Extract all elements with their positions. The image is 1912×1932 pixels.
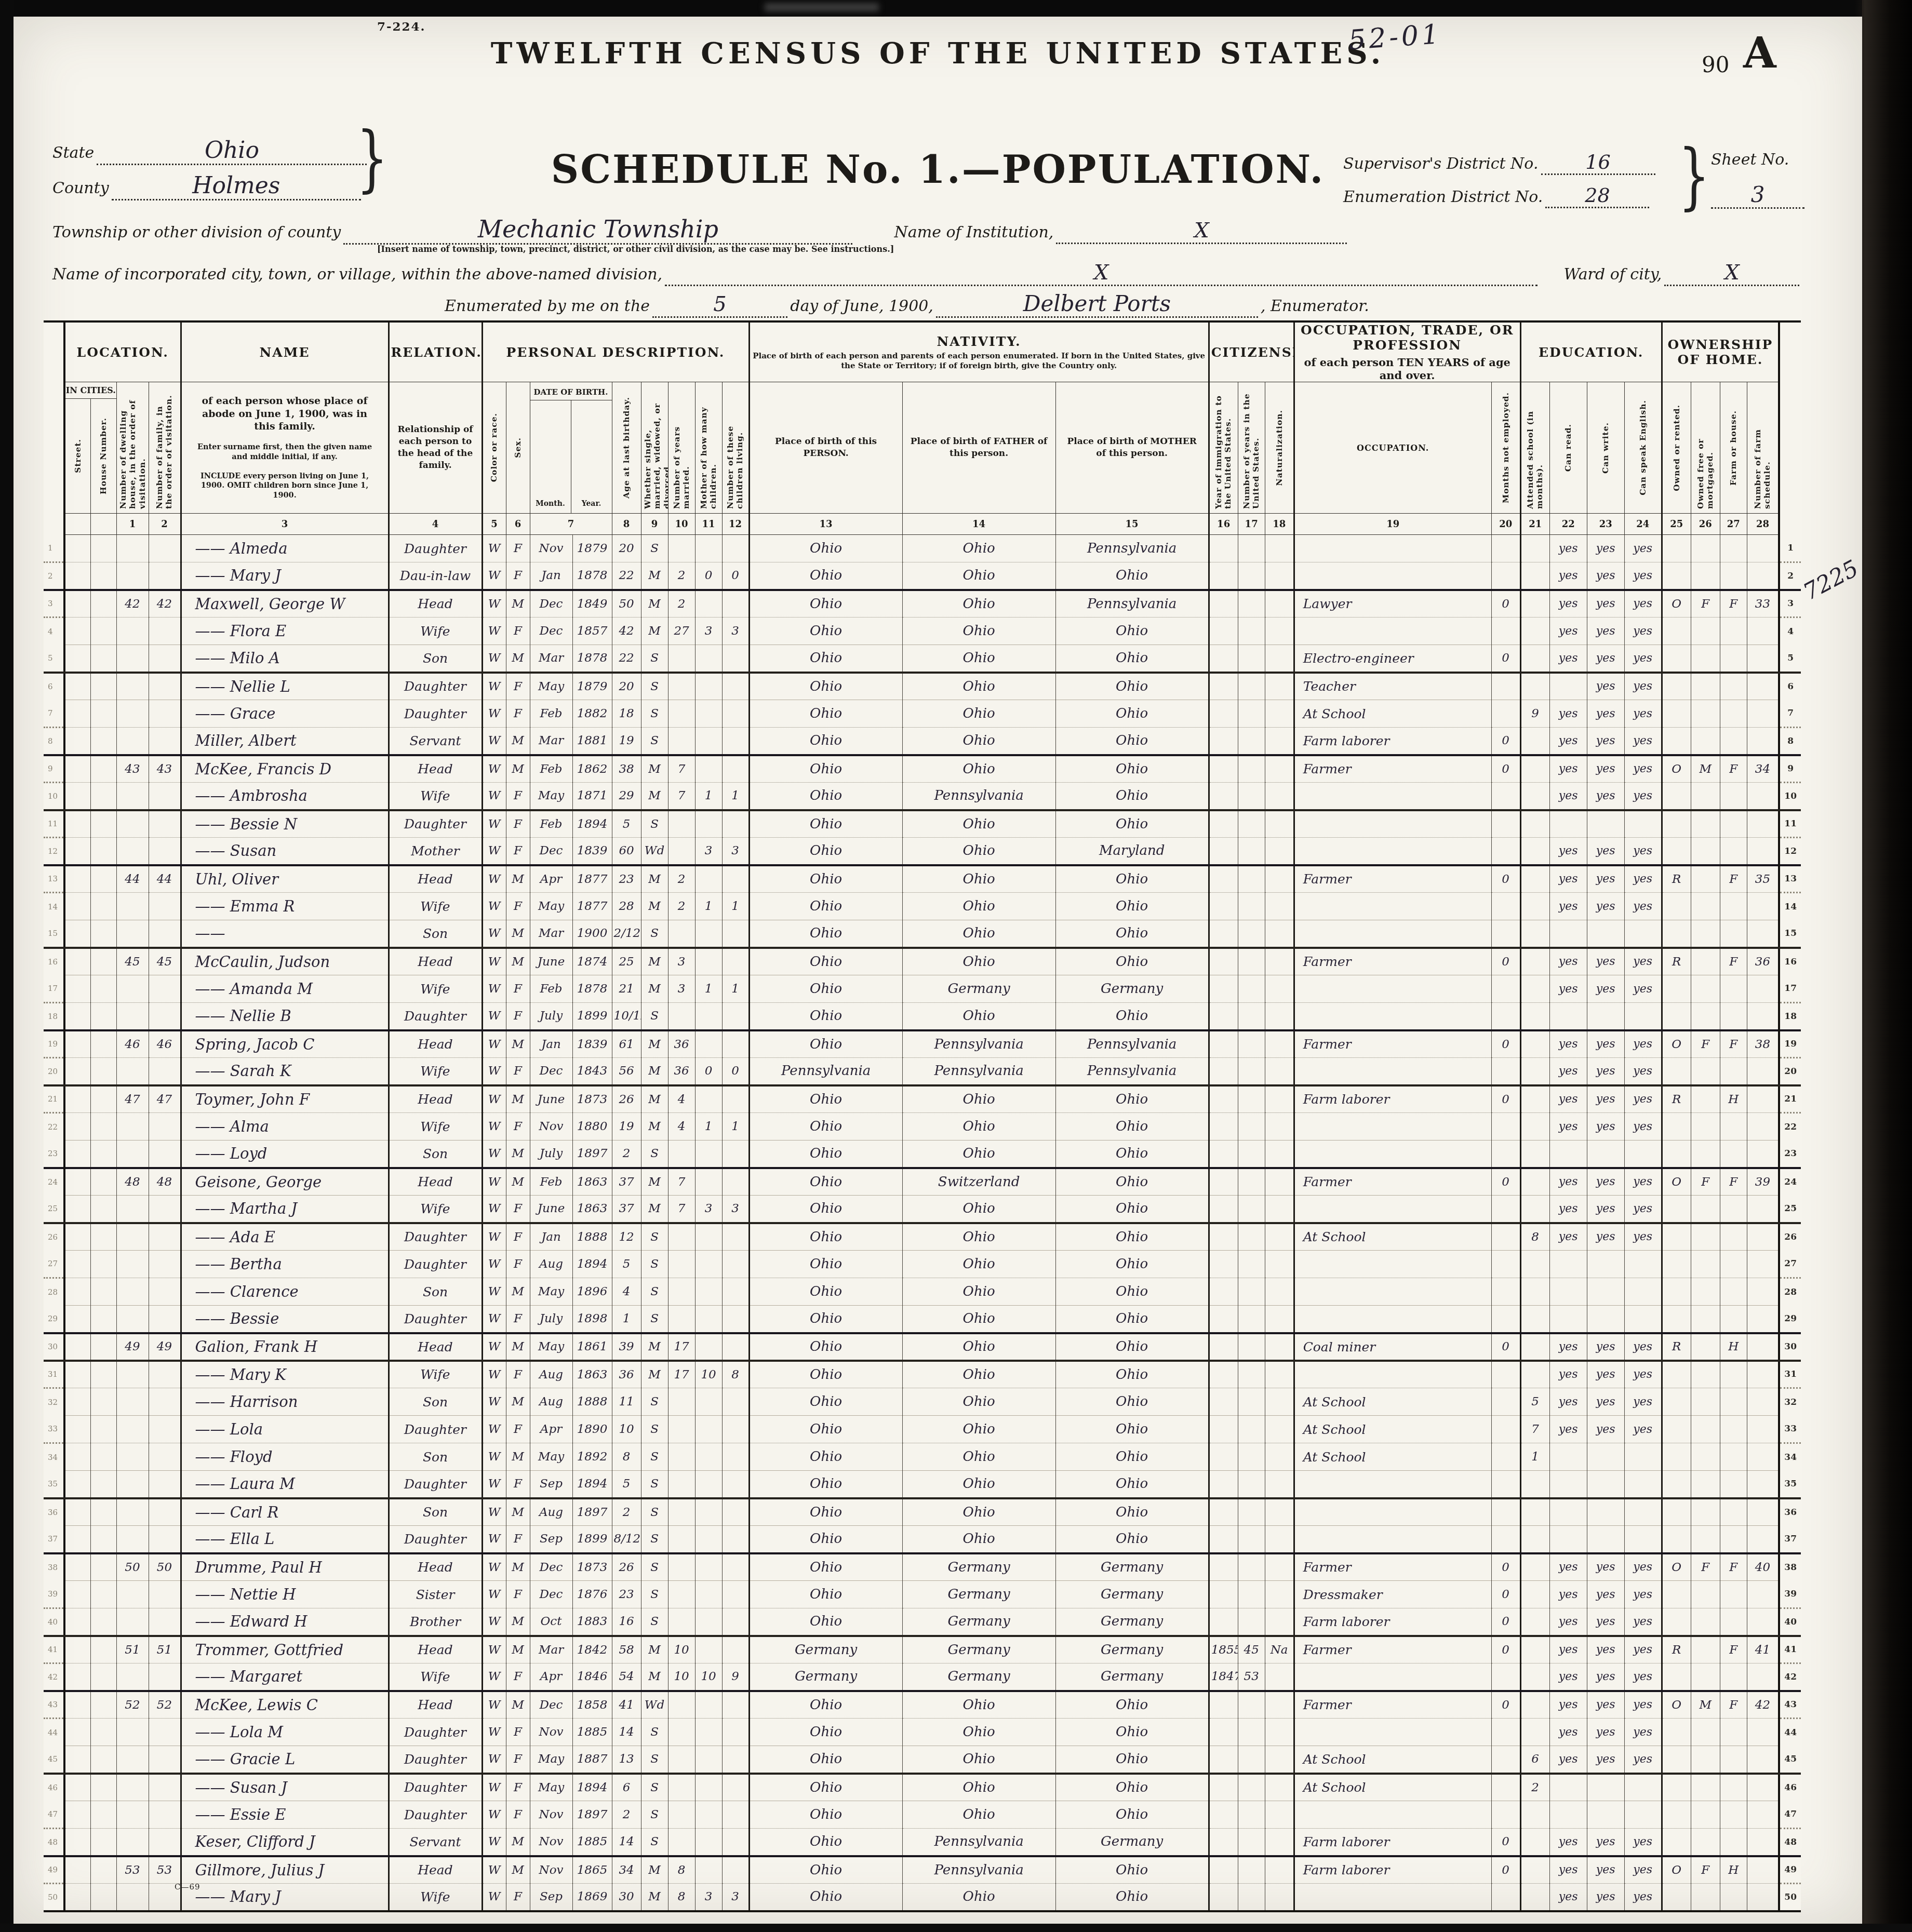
cell-birthplace-person: Pennsylvania (749, 1058, 902, 1085)
cell-birth-year: 1873 (572, 1553, 612, 1581)
cell-occupation (1294, 1471, 1491, 1498)
line-number-right: 47 (1779, 1801, 1801, 1829)
cell-mother-of-children (695, 755, 722, 783)
cell-can-read (1549, 1443, 1587, 1471)
cell-family-number (149, 1526, 181, 1553)
cell-house-number (90, 1085, 116, 1113)
cell-owned-free-or-mortgaged: F (1691, 1168, 1720, 1196)
cell-can-write: yes (1587, 1223, 1624, 1251)
cell-years-married (668, 1251, 695, 1278)
cell-birth-year: 1873 (572, 1085, 612, 1113)
line-number-right: 19 (1779, 1030, 1801, 1058)
cell-owned-or-rented (1662, 1196, 1691, 1223)
table-row: 164545McCaulin, JudsonHeadWMJune187425M3… (44, 948, 1801, 975)
cell-owned-free-or-mortgaged (1691, 562, 1720, 590)
cell-can-read (1549, 1306, 1587, 1333)
cell-birthplace-mother: Ohio (1055, 1333, 1209, 1361)
cell-marital-status: S (641, 1774, 668, 1801)
cell-owned-or-rented: R (1662, 948, 1691, 975)
cell-years-married: 17 (668, 1333, 695, 1361)
table-row: 36—— Carl RSonWMAug18972SOhioOhioOhio36 (44, 1498, 1801, 1526)
header-years-married: Number of years married. (672, 386, 691, 509)
cell-owned-free-or-mortgaged (1691, 1746, 1720, 1774)
cell-name: —— Margaret (181, 1663, 389, 1691)
table-row: 17—— Amanda MWifeWFFeb187821M311OhioGerm… (44, 975, 1801, 1003)
cell-marital-status: S (641, 810, 668, 838)
cell-birthplace-father: Germany (902, 1608, 1055, 1636)
cell-owned-or-rented (1662, 838, 1691, 865)
cell-birthplace-father: Ohio (902, 1388, 1055, 1416)
cell-owned-or-rented (1662, 1058, 1691, 1085)
line-number-right: 48 (1779, 1829, 1801, 1856)
cell-family-number (149, 1361, 181, 1388)
cell-mother-of-children (695, 1471, 722, 1498)
cell-can-read: yes (1549, 975, 1587, 1003)
cell-birth-year: 1888 (572, 1223, 612, 1251)
cell-owned-or-rented (1662, 1774, 1691, 1801)
cell-house-number (90, 1278, 116, 1306)
cell-occupation: At School (1294, 1223, 1491, 1251)
cell-years-married (668, 1608, 695, 1636)
cell-attended-school (1520, 1333, 1549, 1361)
cell-attended-school (1520, 755, 1549, 783)
cell-marital-status: S (641, 920, 668, 948)
cell-can-speak-english: yes (1624, 1085, 1662, 1113)
header-owned-free: Owned free or mortgaged. (1696, 386, 1715, 509)
cell-family-number (149, 1113, 181, 1141)
cell-sex: M (506, 1443, 530, 1471)
cell-marital-status: M (641, 1196, 668, 1223)
cell-mother-of-children: 3 (695, 838, 722, 865)
cell-can-read: yes (1549, 1085, 1587, 1113)
cell-street (64, 1443, 90, 1471)
cell-owned-free-or-mortgaged (1691, 1608, 1720, 1636)
cell-children-living (722, 645, 749, 673)
cell-immigration-year (1209, 838, 1238, 865)
cell-street (64, 1774, 90, 1801)
cell-naturalization (1265, 1085, 1294, 1113)
cell-relation: Son (389, 1498, 482, 1526)
cell-attended-school (1520, 1168, 1549, 1196)
cell-can-read: yes (1549, 1746, 1587, 1774)
cell-sex: M (506, 645, 530, 673)
table-row: 11—— Bessie NDaughterWFFeb18945SOhioOhio… (44, 810, 1801, 838)
cell-years-married (668, 1141, 695, 1168)
cell-attended-school (1520, 1719, 1549, 1746)
cell-birthplace-mother: Ohio (1055, 673, 1209, 700)
cell-family-number (149, 975, 181, 1003)
cell-relation: Son (389, 645, 482, 673)
cell-birth-year: 1843 (572, 1058, 612, 1085)
cell-birthplace-mother: Ohio (1055, 1856, 1209, 1884)
line-number-right: 33 (1779, 1416, 1801, 1443)
cell-birthplace-person: Ohio (749, 1416, 902, 1443)
cell-birthplace-father: Ohio (902, 590, 1055, 618)
cell-months-not-employed: 0 (1491, 1168, 1520, 1196)
cell-birth-month: Aug (530, 1361, 572, 1388)
cell-birthplace-person: Ohio (749, 1884, 902, 1911)
cell-street (64, 1306, 90, 1333)
cell-farm-or-house (1720, 700, 1747, 728)
cell-months-not-employed (1491, 1306, 1520, 1333)
cell-immigration-year (1209, 1306, 1238, 1333)
cell-naturalization: Na (1265, 1636, 1294, 1663)
township-label: Township or other division of county (52, 223, 341, 242)
cell-attended-school (1520, 1306, 1549, 1333)
cell-mother-of-children: 1 (695, 893, 722, 920)
cell-attended-school: 6 (1520, 1746, 1549, 1774)
cell-birthplace-person: Ohio (749, 1085, 902, 1113)
line-number-left: 20 (44, 1058, 64, 1085)
cell-name: —— Bertha (181, 1251, 389, 1278)
cell-immigration-year (1209, 1251, 1238, 1278)
cell-children-living (722, 1498, 749, 1526)
cell-owned-free-or-mortgaged (1691, 1719, 1720, 1746)
cell-attended-school (1520, 1030, 1549, 1058)
cell-can-write: yes (1587, 1085, 1624, 1113)
cell-family-number (149, 645, 181, 673)
line-number-left: 19 (44, 1030, 64, 1058)
cell-farm-schedule (1747, 1003, 1779, 1030)
line-number-right: 29 (1779, 1306, 1801, 1333)
cell-mother-of-children: 3 (695, 1196, 722, 1223)
cell-mother-of-children: 1 (695, 783, 722, 810)
cell-farm-or-house (1720, 1719, 1747, 1746)
cell-months-not-employed (1491, 1498, 1520, 1526)
cell-birthplace-father: Ohio (902, 1003, 1055, 1030)
cell-birth-month: Mar (530, 728, 572, 755)
cell-dwelling-number (116, 893, 149, 920)
cell-years-married (668, 1719, 695, 1746)
cell-years-in-us (1238, 1801, 1265, 1829)
cell-attended-school (1520, 1581, 1549, 1608)
cell-can-speak-english: yes (1624, 1553, 1662, 1581)
table-row: 22—— AlmaWifeWFNov188019M411OhioOhioOhio… (44, 1113, 1801, 1141)
cell-attended-school (1520, 1498, 1549, 1526)
cell-family-number (149, 700, 181, 728)
cell-birth-month: Mar (530, 1636, 572, 1663)
group-personal: PERSONAL DESCRIPTION. (482, 321, 749, 382)
cell-farm-or-house (1720, 1416, 1747, 1443)
cell-months-not-employed (1491, 1113, 1520, 1141)
cell-children-living: 1 (722, 975, 749, 1003)
header-naturalization: Naturalization. (1275, 410, 1284, 486)
cell-relation: Daughter (389, 1416, 482, 1443)
cell-sex: F (506, 783, 530, 810)
cell-relation: Brother (389, 1608, 482, 1636)
cell-attended-school (1520, 1884, 1549, 1911)
cell-mother-of-children (695, 1085, 722, 1113)
cell-years-in-us (1238, 562, 1265, 590)
cell-age: 50 (612, 590, 641, 618)
cell-marital-status: S (641, 673, 668, 700)
table-row: 32—— HarrisonSonWMAug188811SOhioOhioOhio… (44, 1388, 1801, 1416)
cell-years-married (668, 1223, 695, 1251)
table-row: 27—— BerthaDaughterWFAug18945SOhioOhioOh… (44, 1251, 1801, 1278)
cell-color: W (482, 562, 506, 590)
cell-can-read: yes (1549, 1058, 1587, 1085)
cell-occupation (1294, 1719, 1491, 1746)
cell-children-living (722, 700, 749, 728)
cell-immigration-year (1209, 1471, 1238, 1498)
cell-farm-or-house (1720, 535, 1747, 562)
cell-months-not-employed: 0 (1491, 865, 1520, 893)
cell-can-write (1587, 1526, 1624, 1553)
header-occupation: OCCUPATION. (1294, 382, 1491, 514)
cell-sex: F (506, 1884, 530, 1911)
cell-street (64, 838, 90, 865)
cell-house-number (90, 562, 116, 590)
cell-birth-year: 1894 (572, 810, 612, 838)
line-number-left: 7 (44, 700, 64, 728)
cell-occupation (1294, 1251, 1491, 1278)
cell-sex: F (506, 1361, 530, 1388)
cell-owned-or-rented (1662, 1443, 1691, 1471)
cell-attended-school: 1 (1520, 1443, 1549, 1471)
cell-farm-schedule (1747, 1663, 1779, 1691)
cell-birth-month: June (530, 1085, 572, 1113)
cell-mother-of-children: 1 (695, 975, 722, 1003)
cell-color: W (482, 1526, 506, 1553)
column-numbers-row: 12 3 4 56 7 8910 1112 131415 161718 1920… (44, 514, 1801, 535)
cell-immigration-year (1209, 1801, 1238, 1829)
cell-name: —— Clarence (181, 1278, 389, 1306)
cell-can-write: yes (1587, 1719, 1624, 1746)
cell-can-speak-english: yes (1624, 838, 1662, 865)
cell-birth-month: Jan (530, 1030, 572, 1058)
cell-farm-or-house (1720, 1003, 1747, 1030)
cell-relation: Wife (389, 975, 482, 1003)
cell-years-in-us (1238, 1141, 1265, 1168)
township-value: Mechanic Township (343, 215, 852, 245)
cell-mother-of-children: 10 (695, 1663, 722, 1691)
cell-street (64, 1416, 90, 1443)
cell-occupation (1294, 1141, 1491, 1168)
cell-sex: F (506, 1306, 530, 1333)
cell-naturalization (1265, 1553, 1294, 1581)
cell-family-number (149, 1801, 181, 1829)
cell-birth-year: 1896 (572, 1278, 612, 1306)
cell-marital-status: M (641, 1085, 668, 1113)
cell-family-number: 44 (149, 865, 181, 893)
cell-age: 37 (612, 1196, 641, 1223)
cell-sex: M (506, 1856, 530, 1884)
cell-can-read: yes (1549, 1113, 1587, 1141)
cell-name: —— Carl R (181, 1498, 389, 1526)
cell-mother-of-children (695, 1719, 722, 1746)
cell-marital-status: M (641, 590, 668, 618)
cell-relation: Daughter (389, 1746, 482, 1774)
cell-birth-month: May (530, 1278, 572, 1306)
line-number-right: 41 (1779, 1636, 1801, 1663)
cell-color: W (482, 1085, 506, 1113)
cell-farm-or-house: F (1720, 1168, 1747, 1196)
cell-naturalization (1265, 1278, 1294, 1306)
table-row: 23—— LoydSonWMJuly18972SOhioOhioOhio23 (44, 1141, 1801, 1168)
cell-years-married (668, 673, 695, 700)
cell-children-living (722, 1085, 749, 1113)
cell-naturalization (1265, 535, 1294, 562)
cell-immigration-year (1209, 590, 1238, 618)
cell-age: 10/12 (612, 1003, 641, 1030)
cell-farm-or-house: F (1720, 1636, 1747, 1663)
cell-birthplace-father: Ohio (902, 865, 1055, 893)
cell-birthplace-father: Ohio (902, 1306, 1055, 1333)
group-location: LOCATION. (64, 321, 181, 382)
cell-immigration-year (1209, 1774, 1238, 1801)
cell-dwelling-number: 43 (116, 755, 149, 783)
group-citizenship: CITIZENSHIP. (1209, 321, 1294, 382)
cell-street (64, 1388, 90, 1416)
cell-birthplace-father: Ohio (902, 535, 1055, 562)
cell-years-married (668, 1388, 695, 1416)
cell-years-married: 8 (668, 1884, 695, 1911)
line-number-right: 17 (1779, 975, 1801, 1003)
cell-mother-of-children (695, 1746, 722, 1774)
census-table: LOCATION. NAME RELATION. PERSONAL DESCRI… (44, 320, 1801, 1912)
cell-house-number (90, 865, 116, 893)
cell-years-in-us (1238, 810, 1265, 838)
cell-years-married (668, 1526, 695, 1553)
cell-children-living: 1 (722, 893, 749, 920)
cell-dwelling-number (116, 1471, 149, 1498)
cell-birthplace-mother: Ohio (1055, 1361, 1209, 1388)
cell-birth-month: Aug (530, 1498, 572, 1526)
cell-name: —— Ella L (181, 1526, 389, 1553)
enumeration-value: 28 (1545, 184, 1649, 208)
cell-family-number: 43 (149, 755, 181, 783)
cell-house-number (90, 1663, 116, 1691)
line-number-right: 7 (1779, 700, 1801, 728)
cell-dwelling-number (116, 1223, 149, 1251)
cell-years-married: 10 (668, 1636, 695, 1663)
cell-birth-month: Dec (530, 1581, 572, 1608)
cell-owned-or-rented: R (1662, 1085, 1691, 1113)
cell-months-not-employed (1491, 673, 1520, 700)
cell-age: 14 (612, 1719, 641, 1746)
line-number-left: 47 (44, 1801, 64, 1829)
group-education: EDUCATION. (1520, 321, 1662, 382)
table-row: 415151Trommer, GottfriedHeadWMMar184258M… (44, 1636, 1801, 1663)
cell-farm-or-house (1720, 920, 1747, 948)
cell-farm-or-house: F (1720, 1553, 1747, 1581)
cell-years-in-us (1238, 1003, 1265, 1030)
cell-years-in-us (1238, 1278, 1265, 1306)
cell-years-in-us: 53 (1238, 1663, 1265, 1691)
cell-immigration-year (1209, 700, 1238, 728)
cell-street (64, 1884, 90, 1911)
table-row: 8Miller, AlbertServantWMMar188119SOhioOh… (44, 728, 1801, 755)
cell-marital-status: M (641, 1030, 668, 1058)
cell-immigration-year (1209, 1719, 1238, 1746)
cell-children-living (722, 1636, 749, 1663)
cell-owned-free-or-mortgaged (1691, 700, 1720, 728)
cell-color: W (482, 1113, 506, 1141)
cell-can-speak-english: yes (1624, 1361, 1662, 1388)
cell-immigration-year (1209, 1856, 1238, 1884)
cell-birthplace-father: Ohio (902, 673, 1055, 700)
cell-age: 16 (612, 1608, 641, 1636)
cell-birthplace-mother: Pennsylvania (1055, 1030, 1209, 1058)
cell-dwelling-number (116, 810, 149, 838)
cell-birthplace-father: Pennsylvania (902, 1856, 1055, 1884)
cell-marital-status: M (641, 893, 668, 920)
cell-house-number (90, 975, 116, 1003)
cell-can-read: yes (1549, 562, 1587, 590)
cell-years-in-us (1238, 1856, 1265, 1884)
cell-birthplace-mother: Ohio (1055, 1003, 1209, 1030)
census-table-header: LOCATION. NAME RELATION. PERSONAL DESCRI… (44, 321, 1801, 535)
cell-can-write: yes (1587, 1168, 1624, 1196)
line-number-right: 3 (1779, 590, 1801, 618)
cell-can-speak-english: yes (1624, 1223, 1662, 1251)
cell-can-read: yes (1549, 893, 1587, 920)
cell-marital-status: S (641, 1443, 668, 1471)
cell-house-number (90, 1443, 116, 1471)
cell-birthplace-person: Ohio (749, 1553, 902, 1581)
cell-dwelling-number (116, 535, 149, 562)
cell-naturalization (1265, 810, 1294, 838)
cell-years-in-us (1238, 1526, 1265, 1553)
cell-years-married (668, 1471, 695, 1498)
cell-owned-free-or-mortgaged: F (1691, 1856, 1720, 1884)
cell-house-number (90, 810, 116, 838)
cell-months-not-employed: 0 (1491, 1636, 1520, 1663)
cell-years-married (668, 1746, 695, 1774)
cell-years-married: 7 (668, 783, 695, 810)
cell-children-living (722, 1443, 749, 1471)
cell-owned-free-or-mortgaged (1691, 1003, 1720, 1030)
cell-naturalization (1265, 1196, 1294, 1223)
cell-owned-or-rented (1662, 535, 1691, 562)
cell-marital-status: M (641, 783, 668, 810)
cell-attended-school (1520, 1251, 1549, 1278)
cell-mother-of-children (695, 590, 722, 618)
cell-color: W (482, 535, 506, 562)
line-number-left: 46 (44, 1774, 64, 1801)
cell-can-write: yes (1587, 1030, 1624, 1058)
cell-relation: Wife (389, 1113, 482, 1141)
cell-color: W (482, 783, 506, 810)
cell-color: W (482, 1306, 506, 1333)
cell-street (64, 1636, 90, 1663)
line-number-left: 45 (44, 1746, 64, 1774)
header-house-number: House Number. (99, 418, 108, 494)
cell-birth-year: 1899 (572, 1003, 612, 1030)
cell-relation: Daughter (389, 535, 482, 562)
cell-occupation (1294, 1361, 1491, 1388)
cell-years-married (668, 1553, 695, 1581)
cell-birthplace-father: Ohio (902, 1085, 1055, 1113)
cell-family-number (149, 1829, 181, 1856)
cell-occupation: Farmer (1294, 1030, 1491, 1058)
cell-farm-schedule (1747, 1306, 1779, 1333)
cell-relation: Daughter (389, 700, 482, 728)
cell-birth-year: 1839 (572, 1030, 612, 1058)
cell-color: W (482, 1553, 506, 1581)
cell-farm-or-house (1720, 1774, 1747, 1801)
cell-name: —— Bessie N (181, 810, 389, 838)
cell-birthplace-mother: Ohio (1055, 1774, 1209, 1801)
cell-months-not-employed: 0 (1491, 1829, 1520, 1856)
cell-birthplace-father: Ohio (902, 1251, 1055, 1278)
cell-sex: F (506, 893, 530, 920)
cell-birthplace-mother: Germany (1055, 1608, 1209, 1636)
cell-mother-of-children: 3 (695, 618, 722, 645)
cell-dwelling-number (116, 1774, 149, 1801)
cell-farm-or-house (1720, 1141, 1747, 1168)
cell-can-write (1587, 1801, 1624, 1829)
